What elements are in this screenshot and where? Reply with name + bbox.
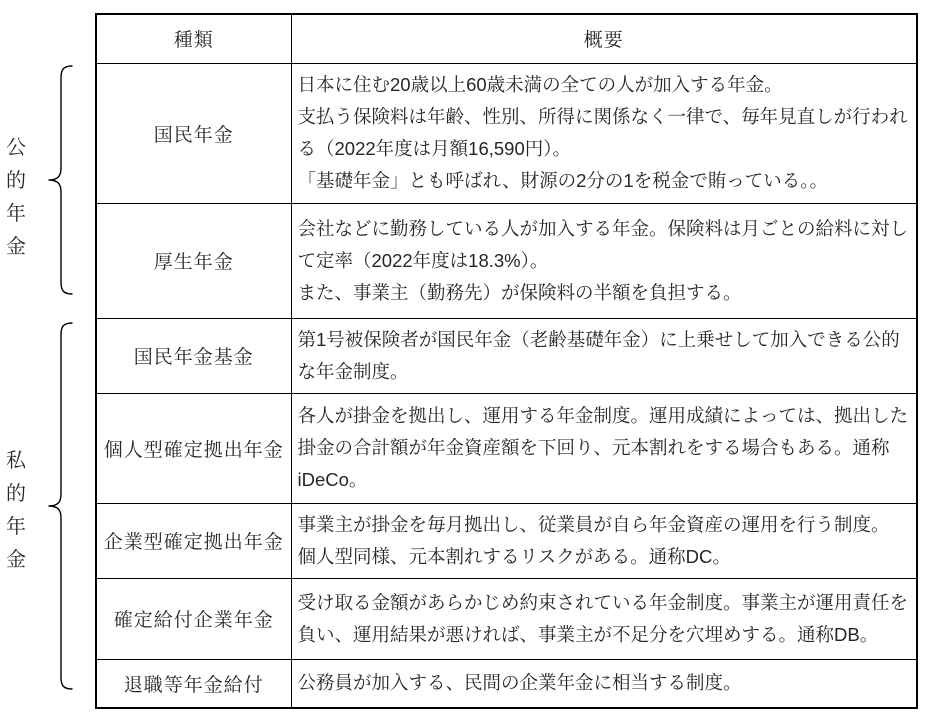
table-row: 退職等年金給付 公務員が加入する、民間の企業年金に相当する制度。 [96,659,917,708]
column-header-overview: 概要 [291,14,917,63]
overview-cell: 会社などに勤務している人が加入する年金。保険料は月ごとの給料に対して定率（202… [291,203,917,318]
table-row: 企業型確定拠出年金 事業主が掛金を毎月拠出し、従業員が自ら年金資産の運用を行う制… [96,503,917,578]
table-row: 国民年金基金 第1号被保険者が国民年金（老齢基礎年金）に上乗せして加入できる公的… [96,318,917,393]
type-cell: 退職等年金給付 [96,659,291,708]
table-row: 個人型確定拠出年金 各人が掛金を拠出し、運用する年金制度。運用成績によっては、拠… [96,393,917,503]
curly-brace-public-icon [42,64,74,296]
table-row: 国民年金 日本に住む20歳以上60歳未満の全ての人が加入する年金。支払う保険料は… [96,63,917,203]
type-cell: 国民年金 [96,63,291,203]
pension-types-figure: 公的年金 私的年金 種類 概要 国民年金 日本に住む20歳以上60歳未満の全ての… [0,0,931,720]
type-cell: 企業型確定拠出年金 [96,503,291,578]
group-label-char: 金 [6,550,26,570]
overview-cell: 第1号被保険者が国民年金（老齢基礎年金）に上乗せして加入できる公的な年金制度。 [291,318,917,393]
type-cell: 確定給付企業年金 [96,578,291,659]
group-label-public-pension: 公的年金 [4,138,28,257]
overview-cell: 公務員が加入する、民間の企業年金に相当する制度。 [291,659,917,708]
table-row: 確定給付企業年金 受け取る金額があらかじめ約束されている年金制度。事業主が運用責… [96,578,917,659]
overview-cell: 各人が掛金を拠出し、運用する年金制度。運用成績によっては、拠出した掛金の合計額が… [291,393,917,503]
type-cell: 国民年金基金 [96,318,291,393]
group-label-char: 的 [6,484,26,504]
group-label-char: 的 [6,171,26,191]
type-cell: 厚生年金 [96,203,291,318]
group-label-char: 公 [6,138,26,158]
group-label-char: 私 [6,451,26,471]
group-label-char: 年 [6,517,26,537]
overview-cell: 受け取る金額があらかじめ約束されている年金制度。事業主が運用責任を負い、運用結果… [291,578,917,659]
group-label-char: 年 [6,204,26,224]
type-cell: 個人型確定拠出年金 [96,393,291,503]
group-label-private-pension: 私的年金 [4,451,28,570]
group-label-char: 金 [6,237,26,257]
pension-table: 種類 概要 国民年金 日本に住む20歳以上60歳未満の全ての人が加入する年金。支… [95,13,918,709]
curly-brace-private-icon [42,321,74,691]
table-body: 国民年金 日本に住む20歳以上60歳未満の全ての人が加入する年金。支払う保険料は… [96,63,917,708]
overview-cell: 日本に住む20歳以上60歳未満の全ての人が加入する年金。支払う保険料は年齢、性別… [291,63,917,203]
column-header-type: 種類 [96,14,291,63]
header-row: 種類 概要 [96,14,917,63]
table-row: 厚生年金 会社などに勤務している人が加入する年金。保険料は月ごとの給料に対して定… [96,203,917,318]
overview-cell: 事業主が掛金を毎月拠出し、従業員が自ら年金資産の運用を行う制度。個人型同様、元本… [291,503,917,578]
